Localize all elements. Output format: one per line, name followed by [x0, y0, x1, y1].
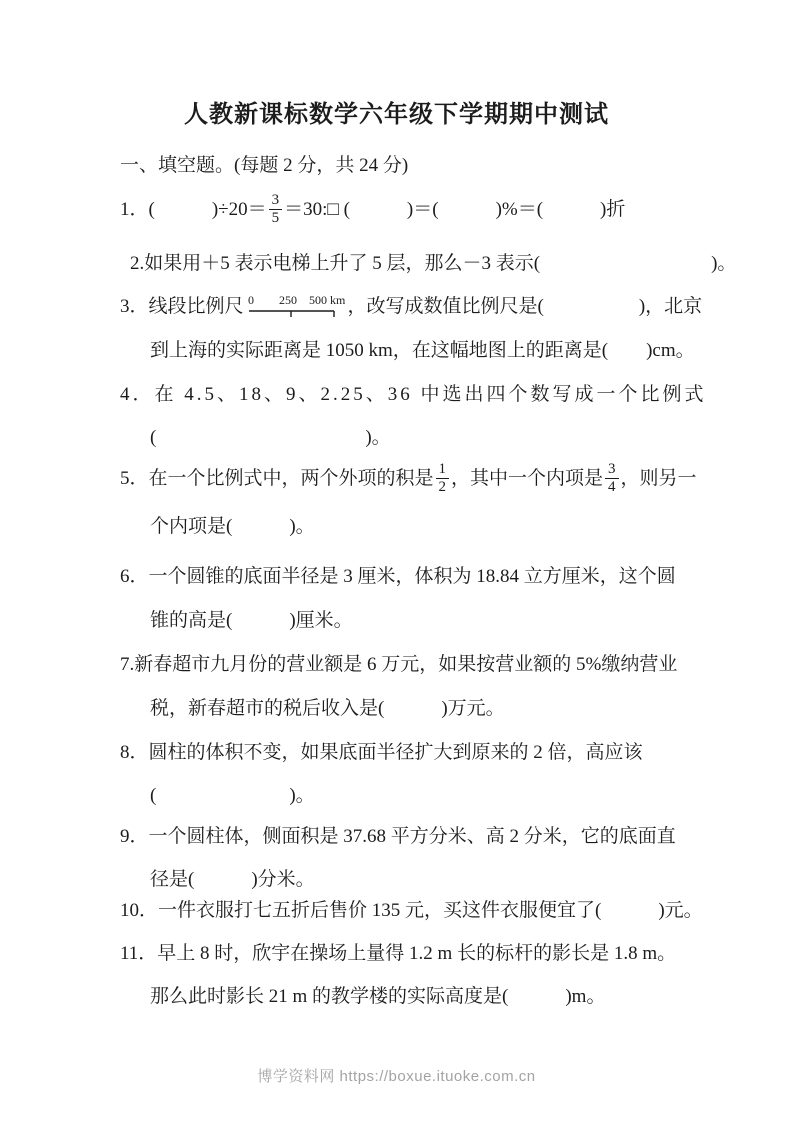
question-6-line-2: 锥的高是( )厘米。 — [150, 607, 353, 635]
question-1: 1．( )÷20＝ 3 5 ＝30:□ ( )＝( )%＝( )折 — [120, 192, 625, 228]
scale-ruler-svg: 0 250 500 km — [246, 293, 346, 321]
scale-ruler-diagram: 0 250 500 km — [246, 293, 346, 321]
question-2: 2.如果用＋5 表示电梯上升了 5 层，那么－3 表示( )。 — [130, 250, 736, 278]
question-11-line-1: 11．早上 8 时，欣宇在操场上量得 1.2 m 长的标杆的影长是 1.8 m。 — [120, 940, 676, 968]
fraction-one-half: 1 2 — [436, 461, 450, 497]
question-8-line-2: ( )。 — [150, 782, 315, 810]
question-8-line-1: 8．圆柱的体积不变，如果底面半径扩大到原来的 2 倍，高应该 — [120, 739, 643, 767]
question-4-line-2: ( )。 — [150, 424, 391, 452]
ruler-line — [249, 311, 334, 317]
question-9-line-1: 9．一个圆柱体，侧面积是 37.68 平方分米、高 2 分米，它的底面直 — [120, 823, 676, 851]
question-10: 10．一件衣服打七五折后售价 135 元，买这件衣服便宜了( )元。 — [120, 897, 703, 925]
question-5-text-pre: 5．在一个比例式中，两个外项的积是 — [120, 465, 434, 493]
question-4-line-1: 4．在 4.5、18、9、2.25、36 中选出四个数写成一个比例式 — [120, 381, 707, 409]
fraction-numerator: 3 — [605, 461, 619, 478]
section-heading: 一、填空题。(每题 2 分，共 24 分) — [120, 152, 408, 180]
question-5-line-2: 个内项是( )。 — [150, 513, 315, 541]
question-9-line-2: 径是( )分米。 — [150, 866, 315, 894]
question-5-text-mid: ，其中一个内项是 — [451, 465, 603, 493]
question-3-text-post: ，改写成数值比例尺是( )，北京 — [348, 293, 703, 321]
ruler-label-500km: 500 km — [309, 293, 346, 307]
test-paper-page: 人教新课标数学六年级下学期期中测试 一、填空题。(每题 2 分，共 24 分) … — [0, 0, 793, 1122]
fraction-numerator: 3 — [269, 192, 283, 209]
question-3-line-2: 到上海的实际距离是 1050 km，在这幅地图上的距离是( )cm。 — [150, 337, 695, 365]
question-1-text-pre: 1．( )÷20＝ — [120, 196, 267, 224]
footer-watermark: 博学资料网 https://boxue.ituoke.com.cn — [0, 1063, 793, 1091]
fraction-denominator: 4 — [605, 478, 619, 496]
ruler-label-0: 0 — [248, 293, 254, 307]
page-title: 人教新课标数学六年级下学期期中测试 — [0, 98, 793, 132]
fraction-denominator: 5 — [269, 209, 283, 227]
question-5-line-1: 5．在一个比例式中，两个外项的积是 1 2 ，其中一个内项是 3 4 ，则另一 — [120, 461, 697, 497]
fraction-numerator: 1 — [436, 461, 450, 478]
question-3-line-1: 3．线段比例尺 0 250 500 km ，改写成数值比例尺是( )，北京 — [120, 293, 702, 321]
question-6-line-1: 6．一个圆锥的底面半径是 3 厘米，体积为 18.84 立方厘米，这个圆 — [120, 563, 676, 591]
fraction-three-fifths: 3 5 — [269, 192, 283, 228]
question-3-text-pre: 3．线段比例尺 — [120, 293, 244, 321]
ruler-label-250: 250 — [279, 293, 297, 307]
question-7-line-1: 7.新春超市九月份的营业额是 6 万元，如果按营业额的 5%缴纳营业 — [120, 651, 677, 679]
question-7-line-2: 税，新春超市的税后收入是( )万元。 — [150, 695, 505, 723]
fraction-denominator: 2 — [436, 478, 450, 496]
question-5-text-post: ，则另一 — [621, 465, 697, 493]
question-11-line-2: 那么此时影长 21 m 的教学楼的实际高度是( )m。 — [150, 983, 605, 1011]
fraction-three-quarters: 3 4 — [605, 461, 619, 497]
question-1-text-post: ＝30:□ ( )＝( )%＝( )折 — [284, 196, 625, 224]
